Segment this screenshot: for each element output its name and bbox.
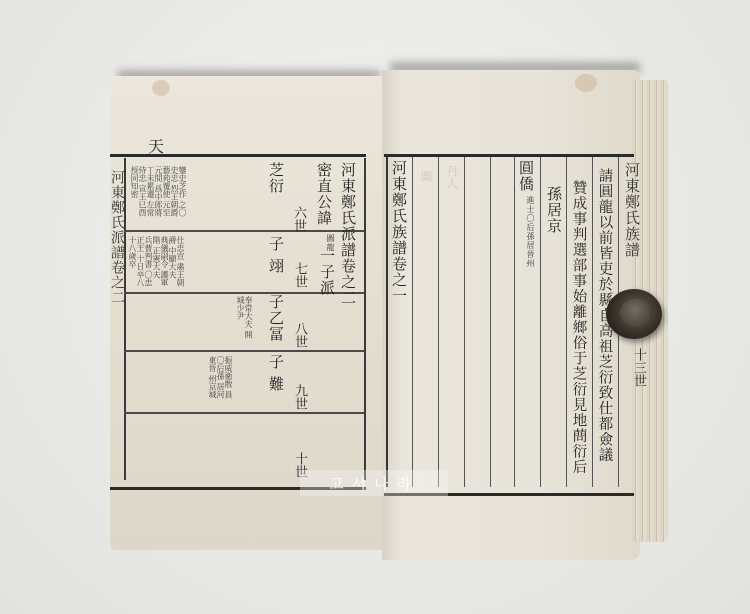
column-rule xyxy=(540,157,541,487)
person-name: 芝衍 xyxy=(268,162,283,194)
column-text: 孫居京 xyxy=(546,186,561,234)
lineage-label: 一子派 xyxy=(319,248,334,296)
person-note: 仕忠宣 肅王朝爵 中顯大夫 典儀副令 護軍階 正憲大夫 兵曹判書 〇忠正王 十日… xyxy=(128,236,184,288)
edge-title: 河東鄭氏族譜 xyxy=(624,162,639,258)
person-note: 奉常大夫 開城少尹 xyxy=(236,296,252,346)
row-divider xyxy=(124,230,364,232)
paperweight-top xyxy=(620,299,650,327)
column-rule xyxy=(566,157,567,487)
bleed-through-text: 丹人 xyxy=(444,165,461,189)
spine-title: 河東鄭氏派譜卷之二 xyxy=(110,170,124,305)
edge-generation: 十三世 xyxy=(632,348,645,387)
person-name: 子 難 xyxy=(268,354,283,392)
generation-label: 八世 xyxy=(293,322,306,348)
column-rule xyxy=(514,157,515,487)
stain xyxy=(575,74,597,92)
person-note: 振威衛散 員〇后孫 居河東晉 州京城 xyxy=(208,356,232,406)
watermark: 고서나라 xyxy=(300,470,448,496)
column-note: 進士〇后孫居晉州 xyxy=(526,196,534,268)
column-rule xyxy=(464,157,465,487)
column-rule xyxy=(438,157,439,487)
generation-label: 六世 xyxy=(292,206,305,232)
person-note: 鑾史芝作 之〇史忠 烈王朝爵 藝苑覆使 元至元間 爲中郎將 丁未累遷 左常侍忠 … xyxy=(130,166,186,224)
left-header-title: 河東鄭氏派譜卷之二 xyxy=(340,162,355,306)
watermark-text: 고서나라 xyxy=(329,473,419,494)
column-text: 圓僑 xyxy=(518,160,533,192)
row-divider xyxy=(124,412,364,414)
right-header-title: 河東鄭氏族譜卷之一 xyxy=(391,160,406,304)
column-rule xyxy=(490,157,491,487)
column-rule xyxy=(412,157,413,487)
column-rule xyxy=(386,157,388,487)
paperweight xyxy=(606,289,662,339)
bleed-through-text: 圖 xyxy=(418,170,435,182)
person-name: 子乙冨 xyxy=(268,294,283,342)
stain xyxy=(152,80,170,96)
generation-label: 七世 xyxy=(293,262,306,288)
generation-label: 九世 xyxy=(293,384,306,410)
person-name: 密直公諱 xyxy=(316,162,331,226)
column-text: 贊成事判選部事始離鄉俗于芝衍見地蔄衍后 xyxy=(571,180,586,475)
row-divider xyxy=(124,350,364,352)
column-rule xyxy=(592,157,593,487)
person-name: 子 翊 xyxy=(268,236,283,274)
